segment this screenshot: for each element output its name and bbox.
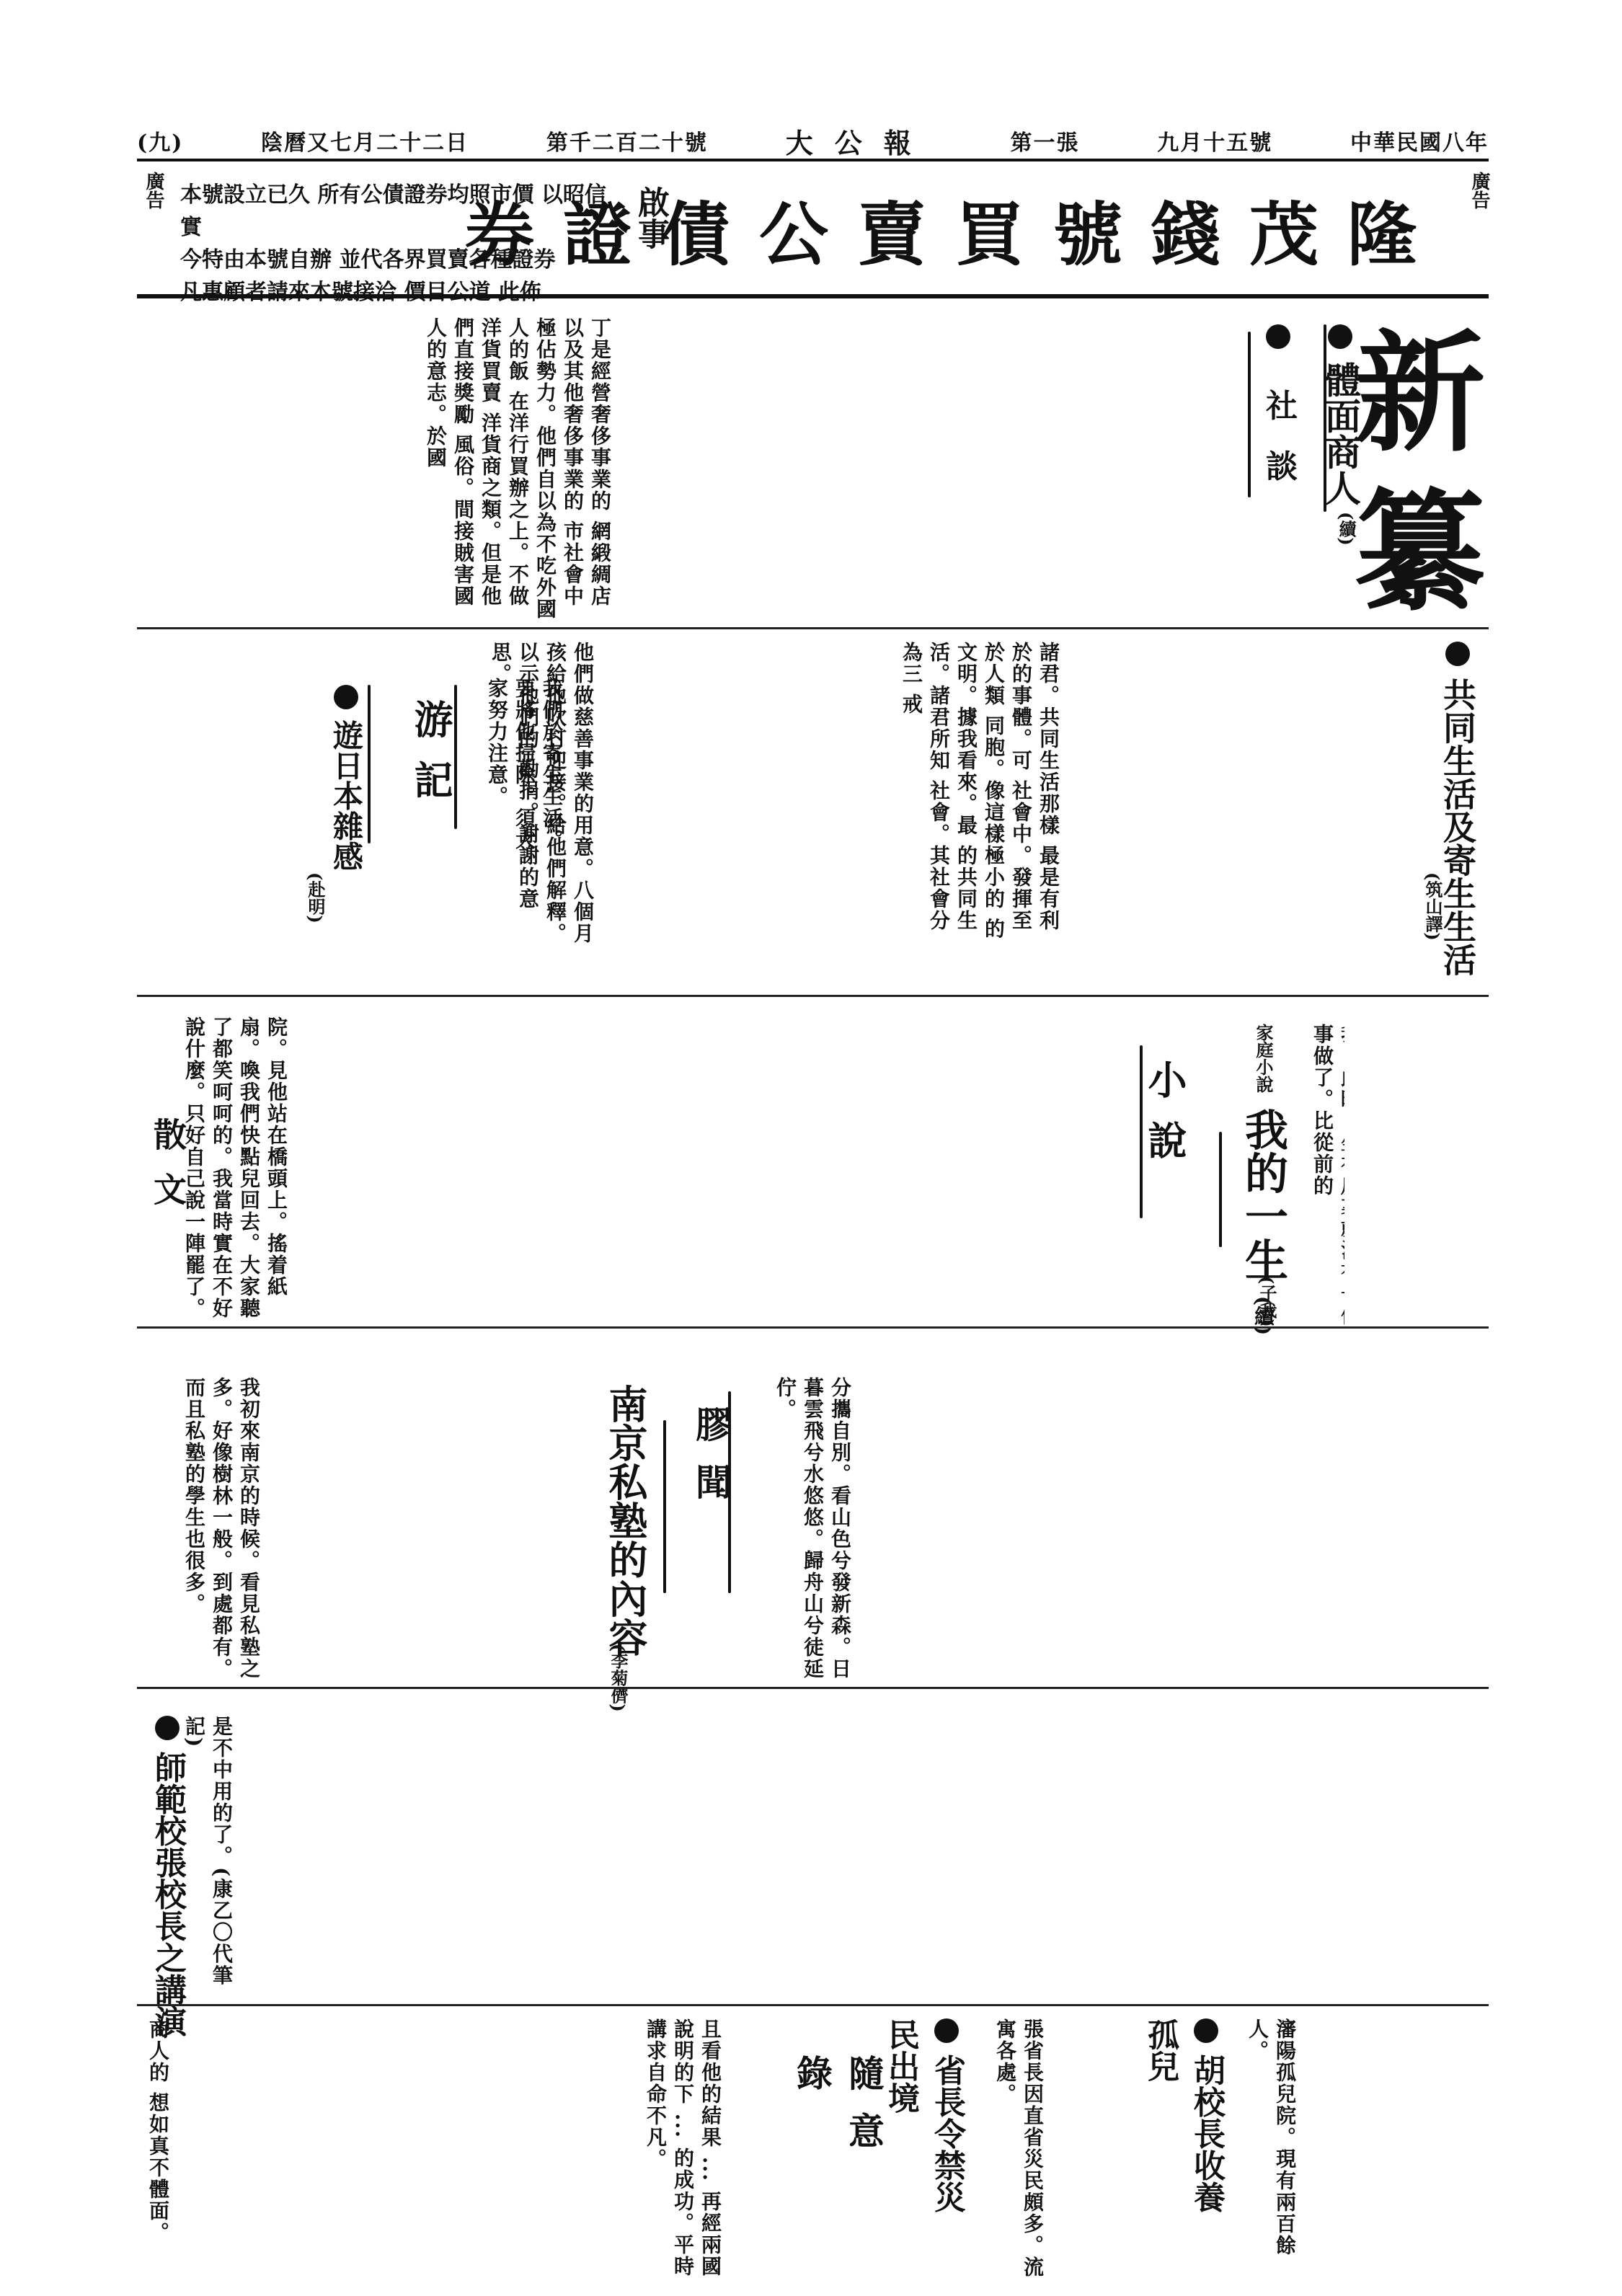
bullet-icon — [334, 685, 358, 709]
teacher-body: 是不中用的了。(康乙〇代筆記) — [180, 1716, 396, 1990]
dateline: 中華民國八年 九月十五號 第一張 大公報 第千二百二十號 陰曆又七月二十二日 (… — [137, 123, 1489, 161]
travel-note: 我們於寄生生活。要將他掃除。須大家努力注意。 — [483, 678, 598, 865]
horizontal-rule — [137, 627, 1489, 629]
lunar-date: 陰曆又七月二十二日 — [261, 125, 469, 156]
banner-advertisement: 廣告 隆茂錢號買賣公債證券 啟事 本號設立已久 所有公債證券均照市價 以昭信實 … — [137, 164, 1489, 298]
corner-seal-right-icon: 廣告 — [1463, 172, 1489, 265]
random-notes-body: 且看他的結果 ... 再經兩國說明的下 ... 的成功。平時講求自命不凡。 — [642, 2018, 771, 2292]
bullet-icon — [1328, 324, 1352, 349]
month-day: 九月十五號 — [1157, 125, 1272, 156]
bullet-icon — [1445, 642, 1470, 666]
ornament-rule — [663, 1420, 666, 1593]
page-number: (九) — [137, 125, 183, 156]
issue-number: 第千二百二十號 — [546, 125, 708, 156]
ornament-rule — [1219, 1132, 1222, 1247]
poem-body: 分攜自別。看山色兮發新森。日暮雲飛兮水悠悠。歸舟山兮徒延佇。 — [771, 1377, 1002, 1680]
novel-byline: (子我) — [1254, 1276, 1280, 1327]
random-notes-kicker: 隨意錄 — [786, 2055, 890, 2213]
banner-ad-body: 本號設立已久 所有公債證券均照市價 以昭信實 今特由本號自辦 並代各界買賣各種證… — [180, 179, 613, 280]
hu-orphans-body: 瀋陽孤兒院。現有兩百餘人。 — [1244, 2018, 1474, 2292]
novel-body: 我自此時。坐在房裏就沒有一件事做了。比從前的 — [1308, 1024, 1344, 1341]
ornament-rule — [1248, 332, 1251, 497]
horizontal-rule — [137, 1687, 1489, 1689]
school-news-title: 南京私塾的內容 — [598, 1384, 654, 1657]
banner-ad-mark: 啟事 — [627, 186, 673, 249]
prose-kicker: 散文 — [144, 1117, 192, 1227]
common-life-body: 諸君。共同生活那樣 最是有利於的事體。可 社會中。發揮至於人類 同胞。像這樣極小… — [898, 642, 1417, 944]
corner-seal-left-icon: 廣告 — [137, 172, 163, 265]
banner-ad-line: 本號設立已久 所有公債證券均照市價 以昭信實 — [180, 179, 613, 244]
horizontal-rule — [137, 1326, 1489, 1329]
school-news-body: 我初來南京的時候。看見私塾之多。好像樹林一般。到處都有。而且私塾的學生也很多。 — [180, 1377, 591, 1680]
common-life-byline: (筑山譯) — [1420, 872, 1445, 941]
banner-ad-line: 今特由本號自辦 並代各界買賣各種證券 — [180, 244, 613, 276]
ornament-rule — [728, 1391, 731, 1593]
famine-title: 省長令禁災民出境 — [877, 2018, 970, 2213]
school-news-byline: (李菊儕) — [606, 1644, 631, 1712]
edition: 第一張 — [1010, 125, 1079, 156]
famine-body: 張省長因直省災民頗多。流寓各處。 — [991, 2018, 1179, 2292]
bullet-icon — [155, 1716, 180, 1740]
ornament-rule — [1140, 1045, 1143, 1218]
prose-body: 院。見他站在橋頭上。搖着紙扇。喚我們快點兒回去。大家聽了都笑呵呵的。我當時實在不… — [180, 1016, 613, 1319]
editorial-body: 丁是經營奢侈事業的 網緞綢店以及其他奢侈事業的 市社會中極佔勢力。他們自以為不吃… — [422, 317, 1179, 620]
travel-kicker: 游記 — [404, 699, 459, 820]
banner-ad-line: 凡惠顧者請來本號接洽 價目公道 此佈 — [180, 276, 613, 309]
bullet-icon — [1194, 2018, 1218, 2043]
travel-title: 遊日本雜感 — [324, 685, 368, 872]
paper-name: 大公報 — [786, 121, 933, 161]
horizontal-rule — [137, 995, 1489, 997]
ornament-rule — [368, 685, 371, 843]
footer-body: 商人的 想如真不體面。 — [144, 2018, 577, 2292]
travel-byline: (赴明) — [303, 872, 328, 923]
bullet-icon — [1266, 324, 1290, 349]
bullet-icon — [934, 2018, 959, 2043]
republic-date: 中華民國八年 — [1350, 125, 1489, 156]
editorial-title: 體面商人 — [1314, 324, 1366, 505]
novel-kicker: 小說 — [1138, 1060, 1193, 1181]
editorial-kicker: 社談 — [1255, 324, 1301, 510]
editorial-note: (續) — [1334, 512, 1359, 546]
ornament-rule — [454, 685, 457, 829]
horizontal-rule — [137, 2004, 1489, 2006]
newspaper-page: 中華民國八年 九月十五號 第一張 大公報 第千二百二十號 陰曆又七月二十二日 (… — [137, 108, 1489, 2213]
